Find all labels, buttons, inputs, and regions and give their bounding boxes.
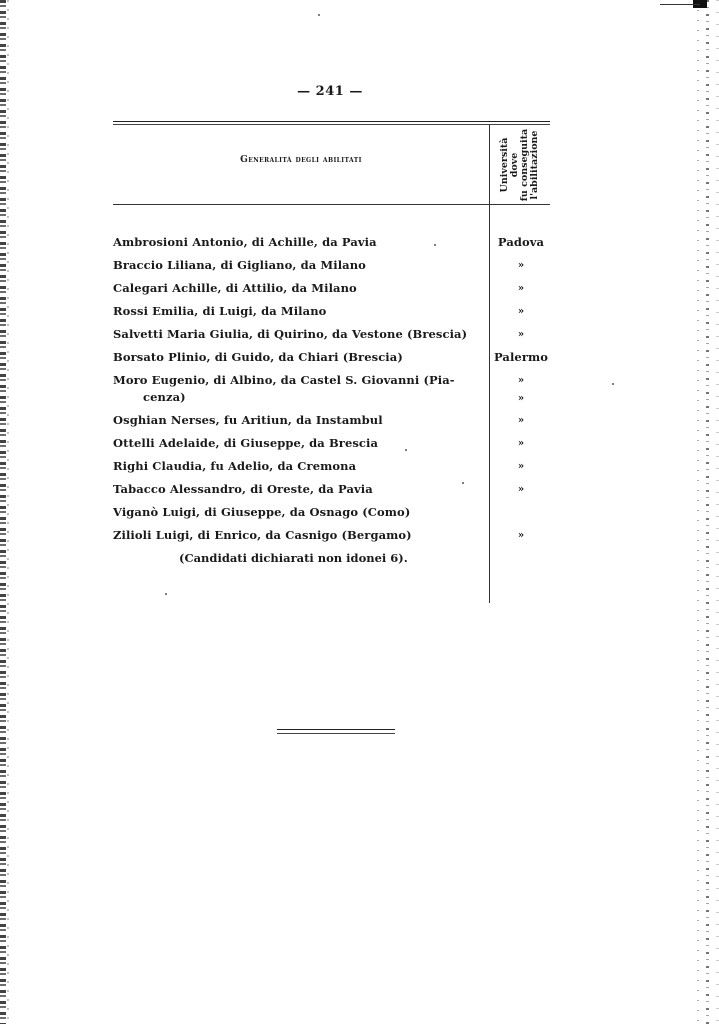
end-rule <box>277 729 395 730</box>
table-row: Zilioli Luigi, di Enrico, da Casnigo (Be… <box>113 524 550 547</box>
table-row: Moro Eugenio, di Albino, da Castel S. Gi… <box>113 369 550 409</box>
scan-speck <box>612 383 614 385</box>
scan-edge-right-inner <box>697 0 699 1024</box>
row-name: Tabacco Alessandro, di Oreste, da Pavia <box>113 478 483 501</box>
scan-speck <box>165 593 167 595</box>
table-top-rule <box>113 121 550 122</box>
row-name: Moro Eugenio, di Albino, da Castel S. Gi… <box>113 372 483 406</box>
header-bottom-rule <box>113 204 550 205</box>
scan-speck <box>318 14 320 16</box>
row-name-line-1: Moro Eugenio, di Albino, da Castel S. Gi… <box>113 373 455 387</box>
row-name: Rossi Emilia, di Luigi, da Milano <box>113 300 483 323</box>
header-universita: Università dove fu conseguita l'abilitaz… <box>491 125 549 204</box>
table-row: Salvetti Maria Giulia, di Quirino, da Ve… <box>113 323 550 346</box>
row-university: » <box>491 300 551 323</box>
row-university: » <box>491 524 551 547</box>
table-top-rule-double <box>113 124 550 125</box>
scan-edge-left <box>0 0 6 1024</box>
row-name: Righi Claudia, fu Adelio, da Cremona <box>113 455 483 478</box>
table-row: Ambrosioni Antonio, di Achille, da Pavia… <box>113 231 550 254</box>
row-name: Salvetti Maria Giulia, di Quirino, da Ve… <box>113 323 483 346</box>
row-university: » <box>491 277 551 300</box>
scan-speck <box>405 449 407 451</box>
scan-speck <box>462 482 464 484</box>
row-university: Palermo <box>491 346 551 369</box>
row-name: Ottelli Adelaide, di Giuseppe, da Bresci… <box>113 432 483 455</box>
row-university: Padova <box>491 231 551 254</box>
header-generalita: Generalità degli abilitati <box>113 155 489 165</box>
row-name: Braccio Liliana, di Gigliano, da Milano <box>113 254 483 277</box>
page-number: — 241 — <box>0 84 660 99</box>
row-name: Calegari Achille, di Attilio, da Milano <box>113 277 483 300</box>
row-university: » <box>491 432 551 455</box>
row-name: Osghian Nerses, fu Aritiun, da Instambul <box>113 409 483 432</box>
table-row: Borsato Plinio, di Guido, da Chiari (Bre… <box>113 346 550 369</box>
row-university: » <box>491 478 551 501</box>
table-row: Rossi Emilia, di Luigi, da Milano » <box>113 300 550 323</box>
row-name: Viganò Luigi, di Giuseppe, da Osnago (Co… <box>113 501 483 524</box>
row-name: Zilioli Luigi, di Enrico, da Casnigo (Be… <box>113 524 483 547</box>
table-row: Calegari Achille, di Attilio, da Milano … <box>113 277 550 300</box>
row-university: » <box>491 254 551 277</box>
scan-top-line <box>660 4 700 5</box>
row-name: Ambrosioni Antonio, di Achille, da Pavia <box>113 231 483 254</box>
table-row: Ottelli Adelaide, di Giuseppe, da Bresci… <box>113 432 550 455</box>
non-idonei-note: (Candidati dichiarati non idonei 6). <box>113 547 550 570</box>
table-row: Osghian Nerses, fu Aritiun, da Instambul… <box>113 409 550 432</box>
header-line-4: l'abilitazione <box>530 125 540 205</box>
row-university: » <box>491 323 551 346</box>
row-name: Borsato Plinio, di Guido, da Chiari (Bre… <box>113 346 483 369</box>
scan-edge-right <box>706 0 709 1024</box>
table-row: Viganò Luigi, di Giuseppe, da Osnago (Co… <box>113 501 550 524</box>
scan-speck <box>434 244 436 246</box>
scan-edge-left-inner <box>7 0 9 1024</box>
row-university: » <box>491 409 551 432</box>
row-name-line-2: cenza) <box>113 389 483 406</box>
header-universita-text: Università dove fu conseguita l'abilitaz… <box>500 125 540 205</box>
end-rule-double <box>277 733 395 734</box>
table-row: Tabacco Alessandro, di Oreste, da Pavia … <box>113 478 550 501</box>
table-body: Ambrosioni Antonio, di Achille, da Pavia… <box>113 231 550 570</box>
row-university-2: » <box>491 387 551 410</box>
table-row: Braccio Liliana, di Gigliano, da Milano … <box>113 254 550 277</box>
table-row: Righi Claudia, fu Adelio, da Cremona » <box>113 455 550 478</box>
row-university: » <box>491 455 551 478</box>
